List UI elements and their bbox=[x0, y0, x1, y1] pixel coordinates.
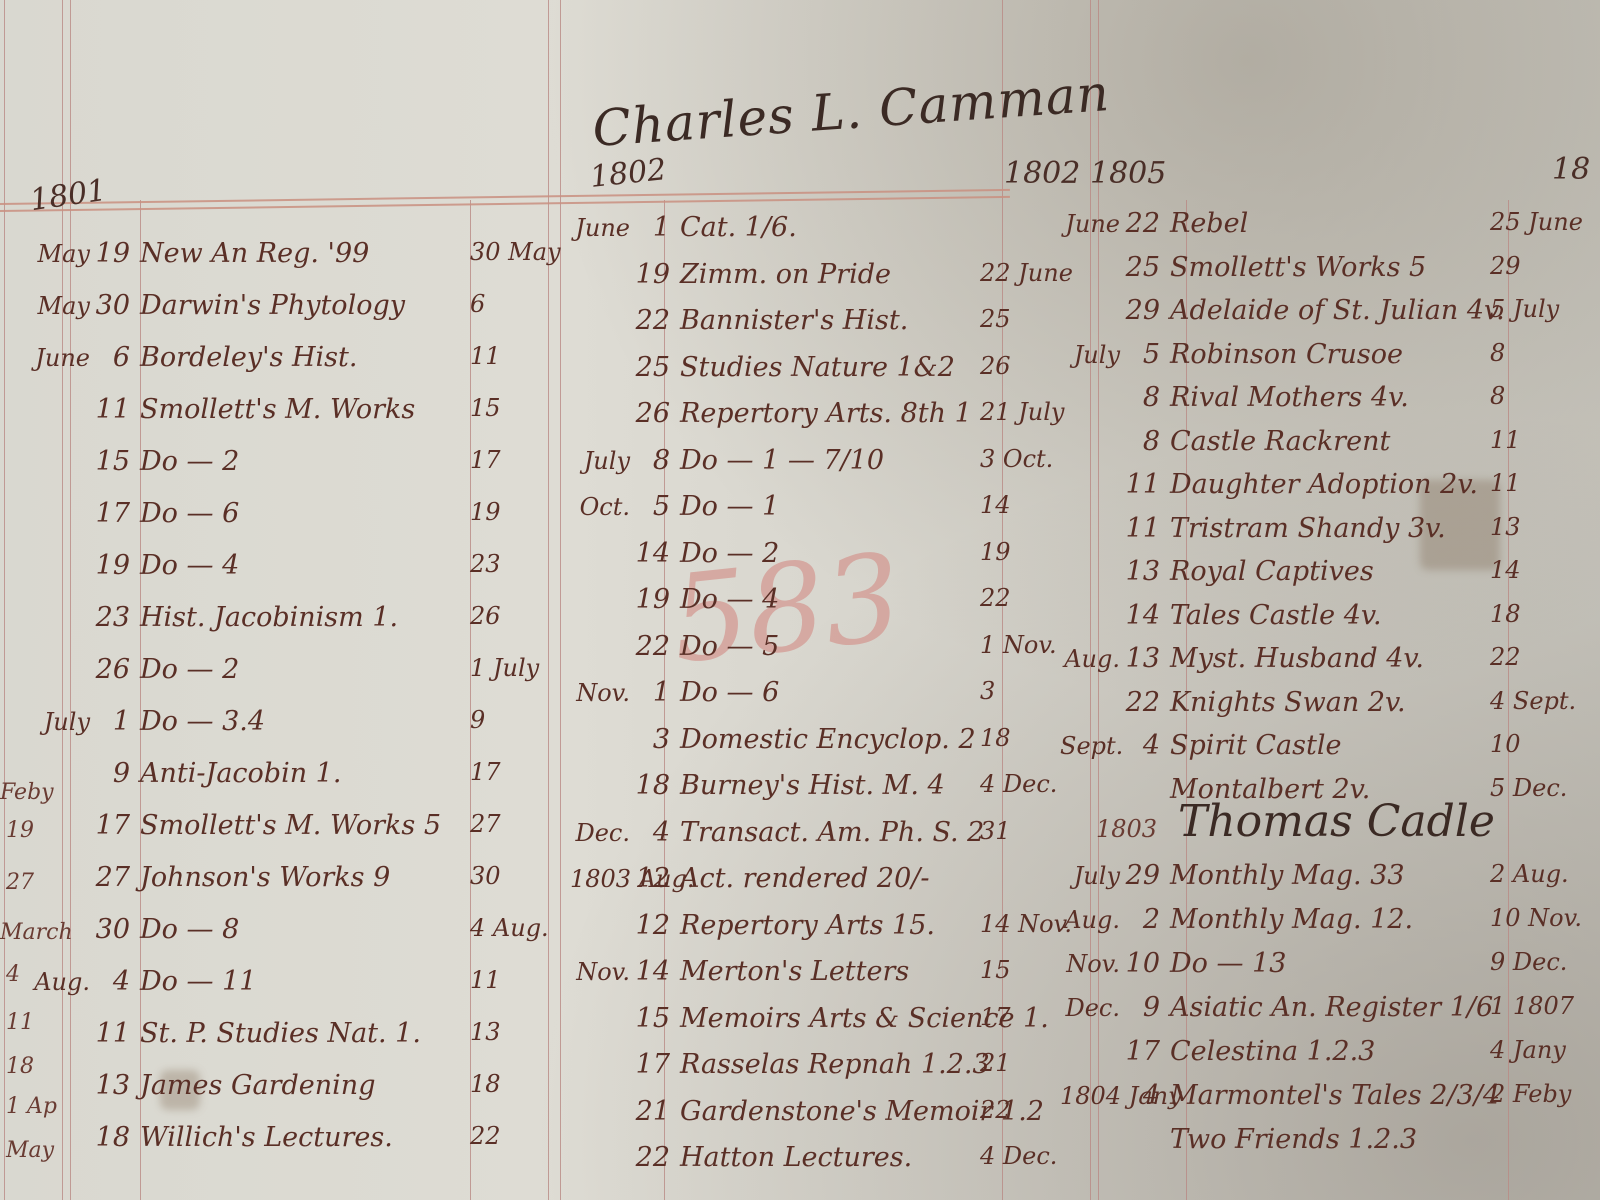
entry-day: 14 bbox=[1120, 600, 1160, 631]
margin-rule bbox=[4, 0, 5, 1200]
entry-title: Act. rendered 20/- bbox=[680, 863, 930, 894]
entry-month: July bbox=[1060, 862, 1120, 890]
entry-return-date: 3 Oct. bbox=[980, 445, 1053, 473]
entry-title: Castle Rackrent bbox=[1170, 426, 1390, 457]
entry-return-date: 9 bbox=[470, 706, 485, 734]
entry-title: Do — 4 bbox=[680, 584, 779, 615]
ledger-entry-row: 11Tristram Shandy 3v.13 bbox=[1060, 513, 1446, 544]
ledger-entry-row: 15Memoirs Arts & Science 1.17 bbox=[570, 1003, 1049, 1034]
entry-day: 19 bbox=[630, 259, 670, 290]
entry-day: 4 bbox=[1120, 730, 1160, 761]
entry-title: Rival Mothers 4v. bbox=[1170, 382, 1409, 413]
ledger-entry-row: 17Rasselas Repnah 1.2.321 bbox=[570, 1049, 990, 1080]
entry-title: Hist. Jacobinism 1. bbox=[140, 602, 398, 633]
entry-day: 25 bbox=[630, 352, 670, 383]
entry-month: June bbox=[20, 344, 90, 372]
entry-day: 22 bbox=[630, 305, 670, 336]
entry-day: 27 bbox=[90, 862, 130, 893]
ledger-entry-row: 11St. P. Studies Nat. 1.13 bbox=[20, 1018, 421, 1049]
ledger-entry-row: Nov.1Do — 63 bbox=[570, 677, 779, 708]
ledger-entry-row: June22Rebel25 June bbox=[1060, 208, 1248, 239]
ledger-entry-row: Aug.13Myst. Husband 4v.22 bbox=[1060, 643, 1424, 674]
entry-return-date: 11 bbox=[1490, 469, 1521, 497]
ledger-entry-row: 1804 Jany4Marmontel's Tales 2/3/42 Feby bbox=[1060, 1080, 1500, 1111]
entry-return-date: 17 bbox=[470, 446, 501, 474]
entry-day: 21 bbox=[630, 1096, 670, 1127]
entry-return-date: 23 bbox=[470, 550, 501, 578]
ledger-entry-row: Two Friends 1.2.3 bbox=[1060, 1124, 1417, 1155]
entry-day: 29 bbox=[1120, 295, 1160, 326]
ledger-entry-row: 23Hist. Jacobinism 1.26 bbox=[20, 602, 398, 633]
ledger-entry-row: 12Repertory Arts 15.14 Nov. bbox=[570, 910, 935, 941]
entry-return-date: 18 bbox=[470, 1070, 501, 1098]
entry-title: Domestic Encyclop. 2 bbox=[680, 724, 976, 755]
entry-title: Myst. Husband 4v. bbox=[1170, 643, 1424, 674]
entry-day: 11 bbox=[1120, 469, 1160, 500]
entry-day: 5 bbox=[1120, 339, 1160, 370]
ledger-entry-row: July5Robinson Crusoe8 bbox=[1060, 339, 1403, 370]
entry-return-date: 30 May bbox=[470, 238, 561, 266]
ledger-entry-row: 14Tales Castle 4v.18 bbox=[1060, 600, 1382, 631]
ledger-entry-row: 25Smollett's Works 529 bbox=[1060, 252, 1426, 283]
ledger-entry-row: 1803 Aug.12Act. rendered 20/- bbox=[570, 863, 930, 894]
entry-day: 25 bbox=[1120, 252, 1160, 283]
entry-day: 19 bbox=[90, 238, 130, 269]
entry-day: 22 bbox=[630, 631, 670, 662]
entry-title: Studies Nature 1&2 bbox=[680, 352, 955, 383]
entry-day: 13 bbox=[1120, 643, 1160, 674]
entry-month: July bbox=[1060, 341, 1120, 369]
ledger-entry-row: Aug.4Do — 1111 bbox=[20, 966, 256, 997]
entry-return-date: 27 bbox=[470, 810, 501, 838]
entry-day: 8 bbox=[1120, 426, 1160, 457]
entry-title: Repertory Arts 15. bbox=[680, 910, 935, 941]
entry-day: 5 bbox=[630, 491, 670, 522]
entry-day: 29 bbox=[1120, 860, 1160, 891]
entry-day: 12 bbox=[630, 910, 670, 941]
ledger-entry-row: June6Bordeley's Hist.11 bbox=[20, 342, 357, 373]
ledger-entry-row: 11Smollett's M. Works15 bbox=[20, 394, 415, 425]
entry-return-date: 14 bbox=[1490, 556, 1521, 584]
entry-title: Do — 6 bbox=[680, 677, 779, 708]
entry-title: Knights Swan 2v. bbox=[1170, 687, 1406, 718]
entry-return-date: 17 bbox=[980, 1003, 1011, 1031]
entry-return-date: 8 bbox=[1490, 339, 1505, 367]
entry-return-date: 11 bbox=[1490, 426, 1521, 454]
entry-return-date: 22 bbox=[470, 1122, 501, 1150]
entry-day: 2 bbox=[1120, 904, 1160, 935]
ledger-entry-row: 17Celestina 1.2.34 Jany bbox=[1060, 1036, 1375, 1067]
entry-day: 14 bbox=[630, 956, 670, 987]
middle-ledger-column: June1Cat. 1/6.19Zimm. on Pride22 June22B… bbox=[570, 0, 1090, 1200]
entry-day: 19 bbox=[630, 584, 670, 615]
entry-month: Aug. bbox=[1060, 645, 1120, 673]
entry-return-date: 29 bbox=[1490, 252, 1521, 280]
entry-title: Adelaide of St. Julian 4v. bbox=[1170, 295, 1505, 326]
entry-day: 1 bbox=[90, 706, 130, 737]
ledger-entry-row: 30Do — 84 Aug. bbox=[20, 914, 239, 945]
ledger-entry-row: Nov.10Do — 139 Dec. bbox=[1060, 948, 1286, 979]
entry-title: Darwin's Phytology bbox=[140, 290, 405, 321]
entry-return-date: 1 July bbox=[470, 654, 539, 682]
entry-return-date: 25 June bbox=[1490, 208, 1583, 236]
entry-title: Rasselas Repnah 1.2.3 bbox=[680, 1049, 990, 1080]
entry-return-date: 21 bbox=[980, 1049, 1011, 1077]
entry-title: Zimm. on Pride bbox=[680, 259, 891, 290]
entry-day: 30 bbox=[90, 290, 130, 321]
entry-month: Dec. bbox=[1060, 994, 1120, 1022]
entry-return-date: 17 bbox=[470, 758, 501, 786]
entry-return-date: 8 bbox=[1490, 382, 1505, 410]
entry-day: 11 bbox=[90, 1018, 130, 1049]
entry-title: Smollett's M. Works bbox=[140, 394, 415, 425]
entry-day: 22 bbox=[1120, 687, 1160, 718]
entry-return-date: 18 bbox=[980, 724, 1011, 752]
ledger-entry-row: Oct.5Do — 114 bbox=[570, 491, 779, 522]
ledger-entry-row: 27Johnson's Works 930 bbox=[20, 862, 390, 893]
entry-title: St. P. Studies Nat. 1. bbox=[140, 1018, 421, 1049]
entry-return-date: 4 Dec. bbox=[980, 1142, 1057, 1170]
entry-title: Smollett's Works 5 bbox=[1170, 252, 1426, 283]
entry-title: Tristram Shandy 3v. bbox=[1170, 513, 1446, 544]
ledger-entry-row: July1Do — 3.49 bbox=[20, 706, 265, 737]
entry-return-date: 22 bbox=[980, 1096, 1011, 1124]
entry-day: 17 bbox=[1120, 1036, 1160, 1067]
entry-title: Smollett's M. Works 5 bbox=[140, 810, 441, 841]
ledger-entry-row: 22Bannister's Hist.25 bbox=[570, 305, 908, 336]
entry-title: Rebel bbox=[1170, 208, 1248, 239]
ledger-entry-row: 19Zimm. on Pride22 June bbox=[570, 259, 891, 290]
entry-return-date: 26 bbox=[980, 352, 1011, 380]
entry-return-date: 19 bbox=[470, 498, 501, 526]
entry-return-date: 1 1807 bbox=[1490, 992, 1574, 1020]
entry-return-date: 5 July bbox=[1490, 295, 1559, 323]
entry-day: 22 bbox=[630, 1142, 670, 1173]
subheading-name: Thomas Cadle bbox=[1178, 796, 1495, 847]
ledger-entry-row: 18Burney's Hist. M. 44 Dec. bbox=[570, 770, 945, 801]
entry-title: Daughter Adoption 2v. bbox=[1170, 469, 1478, 500]
entry-month: Aug. bbox=[1060, 906, 1120, 934]
entry-day: 4 bbox=[1120, 1080, 1160, 1111]
ledger-entry-row: June1Cat. 1/6. bbox=[570, 212, 797, 243]
entry-title: Tales Castle 4v. bbox=[1170, 600, 1382, 631]
ledger-page: Charles L. Camman 1801 1802 1802 1805 18… bbox=[0, 0, 1600, 1200]
entry-title: Royal Captives bbox=[1170, 556, 1374, 587]
entry-day: 11 bbox=[90, 394, 130, 425]
entry-month: Nov. bbox=[570, 958, 630, 986]
entry-day: 6 bbox=[90, 342, 130, 373]
entry-day: 26 bbox=[90, 654, 130, 685]
ledger-entry-row: 11Daughter Adoption 2v.11 bbox=[1060, 469, 1478, 500]
entry-day: 8 bbox=[630, 445, 670, 476]
entry-month: Oct. bbox=[570, 493, 630, 521]
entry-month: May bbox=[20, 292, 90, 320]
ledger-entry-row: Sept.4Spirit Castle10 bbox=[1060, 730, 1341, 761]
entry-day: 22 bbox=[1120, 208, 1160, 239]
ledger-entry-row: 8Rival Mothers 4v.8 bbox=[1060, 382, 1409, 413]
left-ledger-column: May19New An Reg. '9930 MayMay30Darwin's … bbox=[20, 0, 560, 1200]
ledger-entry-row: Dec.4Transact. Am. Ph. S. 231 bbox=[570, 817, 984, 848]
entry-day: 4 bbox=[90, 966, 130, 997]
entry-day: 12 bbox=[630, 863, 670, 894]
entry-day: 9 bbox=[90, 758, 130, 789]
entry-title: Bordeley's Hist. bbox=[140, 342, 357, 373]
entry-month: June bbox=[1060, 210, 1120, 238]
entry-month: Nov. bbox=[570, 679, 630, 707]
entry-month: Dec. bbox=[570, 819, 630, 847]
entry-title: Asiatic An. Register 1/6 bbox=[1170, 992, 1493, 1023]
ledger-entry-row: July29Monthly Mag. 332 Aug. bbox=[1060, 860, 1405, 891]
entry-day: 30 bbox=[90, 914, 130, 945]
entry-title: Do — 3.4 bbox=[140, 706, 265, 737]
entry-return-date: 6 bbox=[470, 290, 485, 318]
entry-return-date: 5 Dec. bbox=[1490, 774, 1567, 802]
entry-return-date: 13 bbox=[1490, 513, 1521, 541]
ledger-entry-row: 26Repertory Arts. 8th 121 July bbox=[570, 398, 972, 429]
entry-day: 17 bbox=[90, 498, 130, 529]
entry-title: Cat. 1/6. bbox=[680, 212, 797, 243]
entry-title: Transact. Am. Ph. S. 2 bbox=[680, 817, 984, 848]
ledger-entry-row: Nov.14Merton's Letters15 bbox=[570, 956, 909, 987]
entry-month: Aug. bbox=[20, 968, 90, 996]
entry-return-date: 4 Dec. bbox=[980, 770, 1057, 798]
entry-title: Johnson's Works 9 bbox=[140, 862, 390, 893]
entry-return-date: 2 Aug. bbox=[1490, 860, 1569, 888]
entry-return-date: 25 bbox=[980, 305, 1011, 333]
entry-title: Do — 8 bbox=[140, 914, 239, 945]
entry-title: Do — 11 bbox=[140, 966, 256, 997]
ledger-entry-row: 17Do — 619 bbox=[20, 498, 239, 529]
subheading-year: 1803 bbox=[1096, 815, 1157, 843]
ledger-entry-row: 25Studies Nature 1&226 bbox=[570, 352, 955, 383]
entry-title: Willich's Lectures. bbox=[140, 1122, 393, 1153]
right-ledger-column: June22Rebel25 June25Smollett's Works 529… bbox=[1060, 0, 1600, 1200]
entry-return-date: 3 bbox=[980, 677, 995, 705]
entry-title: Hatton Lectures. bbox=[680, 1142, 912, 1173]
ledger-entry-row: 14Do — 219 bbox=[570, 538, 779, 569]
entry-return-date: 22 June bbox=[980, 259, 1073, 287]
entry-month: May bbox=[20, 240, 90, 268]
entry-return-date: 10 bbox=[1490, 730, 1521, 758]
entry-title: Do — 1 — 7/10 bbox=[680, 445, 884, 476]
entry-day: 15 bbox=[90, 446, 130, 477]
entry-title: Robinson Crusoe bbox=[1170, 339, 1403, 370]
ledger-entry-row: 22Do — 51 Nov. bbox=[570, 631, 779, 662]
entry-return-date: 15 bbox=[470, 394, 501, 422]
entry-day: 9 bbox=[1120, 992, 1160, 1023]
entry-day: 1 bbox=[630, 677, 670, 708]
entry-day: 19 bbox=[90, 550, 130, 581]
ledger-entry-row: 26Do — 21 July bbox=[20, 654, 239, 685]
column-rule bbox=[560, 0, 561, 1200]
entry-return-date: 9 Dec. bbox=[1490, 948, 1567, 976]
entry-return-date: 11 bbox=[470, 966, 501, 994]
entry-return-date: 10 Nov. bbox=[1490, 904, 1582, 932]
entry-title: Do — 4 bbox=[140, 550, 239, 581]
ledger-entry-row: 21Gardenstone's Memoir 1.222 bbox=[570, 1096, 1044, 1127]
ledger-entry-row: 22Hatton Lectures.4 Dec. bbox=[570, 1142, 912, 1173]
ledger-entry-row: May30Darwin's Phytology6 bbox=[20, 290, 405, 321]
entry-return-date: 22 bbox=[1490, 643, 1521, 671]
entry-return-date: 1 Nov. bbox=[980, 631, 1057, 659]
entry-title: Repertory Arts. 8th 1 bbox=[680, 398, 972, 429]
entry-title: Do — 2 bbox=[140, 446, 239, 477]
ledger-entry-row: 22Knights Swan 2v.4 Sept. bbox=[1060, 687, 1406, 718]
entry-return-date: 4 Sept. bbox=[1490, 687, 1576, 715]
entry-return-date: 30 bbox=[470, 862, 501, 890]
ledger-entry-row: Dec.9Asiatic An. Register 1/61 1807 bbox=[1060, 992, 1493, 1023]
entry-title: Monthly Mag. 33 bbox=[1170, 860, 1405, 891]
entry-month: July bbox=[20, 708, 90, 736]
entry-day: 10 bbox=[1120, 948, 1160, 979]
ledger-entry-row: Aug.2Monthly Mag. 12.10 Nov. bbox=[1060, 904, 1413, 935]
ledger-entry-row: 15Do — 217 bbox=[20, 446, 239, 477]
entry-title: Spirit Castle bbox=[1170, 730, 1341, 761]
entry-month: June bbox=[570, 214, 630, 242]
entry-day: 18 bbox=[90, 1122, 130, 1153]
ledger-entry-row: July8Do — 1 — 7/103 Oct. bbox=[570, 445, 884, 476]
entry-return-date: 26 bbox=[470, 602, 501, 630]
margin-note: 4 bbox=[6, 962, 20, 987]
entry-return-date: 14 bbox=[980, 491, 1011, 519]
entry-return-date: 18 bbox=[1490, 600, 1521, 628]
entry-title: Do — 2 bbox=[140, 654, 239, 685]
entry-title: Do — 5 bbox=[680, 631, 779, 662]
entry-return-date: 11 bbox=[470, 342, 501, 370]
entry-title: Do — 13 bbox=[1170, 948, 1286, 979]
entry-day: 3 bbox=[630, 724, 670, 755]
entry-day: 18 bbox=[630, 770, 670, 801]
entry-return-date: 4 Aug. bbox=[470, 914, 549, 942]
entry-day: 15 bbox=[630, 1003, 670, 1034]
ledger-entry-row: 9Anti-Jacobin 1.17 bbox=[20, 758, 341, 789]
entry-return-date: 2 Feby bbox=[1490, 1080, 1571, 1108]
entry-day: 26 bbox=[630, 398, 670, 429]
entry-title: Do — 6 bbox=[140, 498, 239, 529]
ledger-entry-row: 18Willich's Lectures.22 bbox=[20, 1122, 393, 1153]
entry-day: 17 bbox=[90, 810, 130, 841]
entry-return-date: 21 July bbox=[980, 398, 1064, 426]
entry-title: Two Friends 1.2.3 bbox=[1170, 1124, 1417, 1155]
entry-month: Nov. bbox=[1060, 950, 1120, 978]
entry-day: 4 bbox=[630, 817, 670, 848]
entry-day: 13 bbox=[1120, 556, 1160, 587]
entry-title: James Gardening bbox=[140, 1070, 375, 1101]
entry-day: 14 bbox=[630, 538, 670, 569]
ledger-entry-row: 19Do — 422 bbox=[570, 584, 779, 615]
entry-day: 13 bbox=[90, 1070, 130, 1101]
entry-title: Anti-Jacobin 1. bbox=[140, 758, 341, 789]
entry-return-date: 19 bbox=[980, 538, 1011, 566]
ledger-entry-row: 19Do — 423 bbox=[20, 550, 239, 581]
entry-title: New An Reg. '99 bbox=[140, 238, 369, 269]
ledger-entry-row: 29Adelaide of St. Julian 4v.5 July bbox=[1060, 295, 1505, 326]
entry-day: 1 bbox=[630, 212, 670, 243]
entry-title: Bannister's Hist. bbox=[680, 305, 908, 336]
entry-return-date: 13 bbox=[470, 1018, 501, 1046]
entry-month: Sept. bbox=[1060, 732, 1120, 760]
entry-month: July bbox=[570, 447, 630, 475]
ledger-entry-row: 3Domestic Encyclop. 218 bbox=[570, 724, 976, 755]
entry-return-date: 22 bbox=[980, 584, 1011, 612]
entry-title: Marmontel's Tales 2/3/4 bbox=[1170, 1080, 1500, 1111]
entry-day: 8 bbox=[1120, 382, 1160, 413]
entry-title: Monthly Mag. 12. bbox=[1170, 904, 1413, 935]
entry-title: Burney's Hist. M. 4 bbox=[680, 770, 945, 801]
entry-return-date: 14 Nov. bbox=[980, 910, 1072, 938]
ledger-entry-row: May19New An Reg. '9930 May bbox=[20, 238, 369, 269]
ledger-entry-row: 8Castle Rackrent11 bbox=[1060, 426, 1390, 457]
ledger-entry-row: 13Royal Captives14 bbox=[1060, 556, 1374, 587]
entry-month: 1803 Aug. bbox=[570, 865, 630, 893]
entry-title: Celestina 1.2.3 bbox=[1170, 1036, 1375, 1067]
ledger-entry-row: 13James Gardening18 bbox=[20, 1070, 375, 1101]
entry-title: Do — 1 bbox=[680, 491, 779, 522]
entry-return-date: 31 bbox=[980, 817, 1011, 845]
ledger-entry-row: 17Smollett's M. Works 527 bbox=[20, 810, 441, 841]
entry-title: Merton's Letters bbox=[680, 956, 909, 987]
entry-month: 1804 Jany bbox=[1060, 1082, 1120, 1110]
entry-return-date: 15 bbox=[980, 956, 1011, 984]
entry-return-date: 4 Jany bbox=[1490, 1036, 1566, 1064]
entry-day: 23 bbox=[90, 602, 130, 633]
entry-title: Do — 2 bbox=[680, 538, 779, 569]
entry-day: 11 bbox=[1120, 513, 1160, 544]
entry-day: 17 bbox=[630, 1049, 670, 1080]
